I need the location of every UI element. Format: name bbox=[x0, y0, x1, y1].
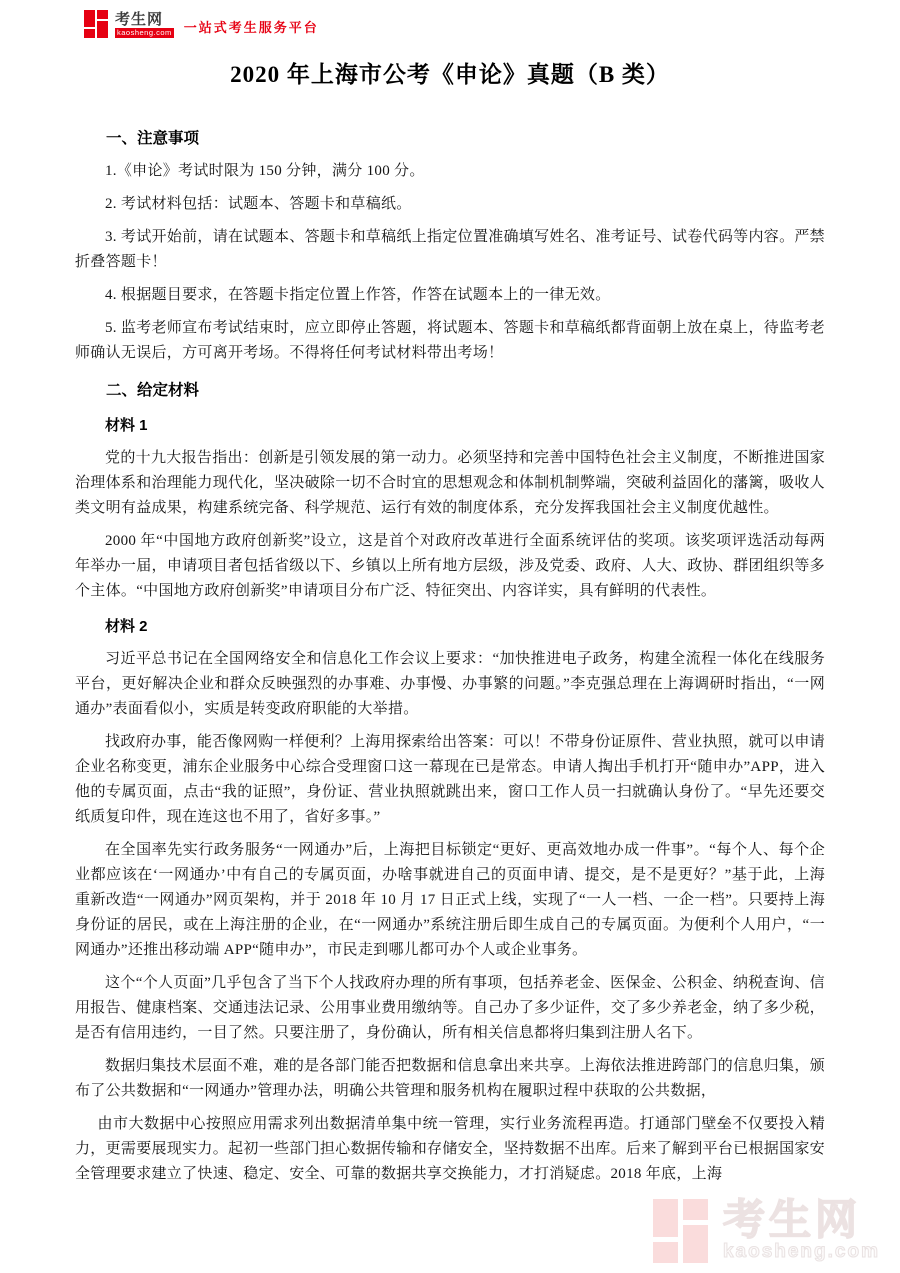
header-brand: 考生网 kaosheng.com 一站式考生服务平台 bbox=[84, 6, 900, 38]
brand-name: 考生网 bbox=[115, 12, 174, 28]
page-title: 2020 年上海市公考《申论》真题（B 类） bbox=[75, 60, 825, 90]
watermark-text: 考生网 kaosheng.com bbox=[723, 1199, 880, 1263]
material-2-paragraph: 习近平总书记在全国网络安全和信息化工作会议上要求：“加快推进电子政务，构建全流程… bbox=[75, 647, 825, 722]
kaosheng-watermark: 考生网 kaosheng.com bbox=[653, 1199, 880, 1263]
kaosheng-logo-icon bbox=[84, 10, 110, 38]
brand-domain: kaosheng.com bbox=[115, 28, 174, 38]
notice-item-5: 5. 监考老师宣布考试结束时，应立即停止答题，将试题本、答题卡和草稿纸都背面朝上… bbox=[75, 316, 825, 366]
notice-item-2: 2. 考试材料包括：试题本、答题卡和草稿纸。 bbox=[75, 192, 825, 217]
material-2-paragraph: 这个“个人页面”几乎包含了当下个人找政府办理的所有事项，包括养老金、医保金、公积… bbox=[75, 971, 825, 1046]
material-1-paragraph: 党的十九大报告指出：创新是引领发展的第一动力。必须坚持和完善中国特色社会主义制度… bbox=[75, 446, 825, 521]
document-body: 2020 年上海市公考《申论》真题（B 类） 一、注意事项 1.《申论》考试时限… bbox=[75, 60, 825, 1187]
material-2-paragraph: 找政府办事，能否像网购一样便利？上海用探索给出答案：可以！不带身份证原件、营业执… bbox=[75, 730, 825, 830]
material-1-label: 材料 1 bbox=[75, 413, 825, 438]
notice-item-3: 3. 考试开始前，请在试题本、答题卡和草稿纸上指定位置准确填写姓名、准考证号、试… bbox=[75, 225, 825, 275]
material-2-label: 材料 2 bbox=[75, 614, 825, 639]
notice-item-4: 4. 根据题目要求，在答题卡指定位置上作答，作答在试题本上的一律无效。 bbox=[75, 283, 825, 308]
notice-heading: 一、注意事项 bbox=[75, 126, 825, 151]
brand-tagline: 一站式考生服务平台 bbox=[184, 17, 319, 36]
material-2-paragraph: 在全国率先实行政务服务“一网通办”后，上海把目标锁定“更好、更高效地办成一件事”… bbox=[75, 838, 825, 963]
watermark-brand-name: 考生网 bbox=[723, 1199, 880, 1241]
kaosheng-watermark-logo-icon bbox=[653, 1199, 711, 1263]
document-page: 考生网 kaosheng.com 一站式考生服务平台 2020 年上海市公考《申… bbox=[0, 0, 900, 1273]
material-1-paragraph: 2000 年“中国地方政府创新奖”设立，这是首个对政府改革进行全面系统评估的奖项… bbox=[75, 529, 825, 604]
notice-item-1: 1.《申论》考试时限为 150 分钟，满分 100 分。 bbox=[75, 159, 825, 184]
watermark-domain: kaosheng.com bbox=[723, 1241, 880, 1263]
brand-text: 考生网 kaosheng.com bbox=[115, 12, 174, 38]
materials-heading: 二、给定材料 bbox=[75, 378, 825, 403]
material-2-paragraph: 由市大数据中心按照应用需求列出数据清单集中统一管理，实行业务流程再造。打通部门壁… bbox=[75, 1112, 825, 1187]
material-2-paragraph: 数据归集技术层面不难，难的是各部门能否把数据和信息拿出来共享。上海依法推进跨部门… bbox=[75, 1054, 825, 1104]
